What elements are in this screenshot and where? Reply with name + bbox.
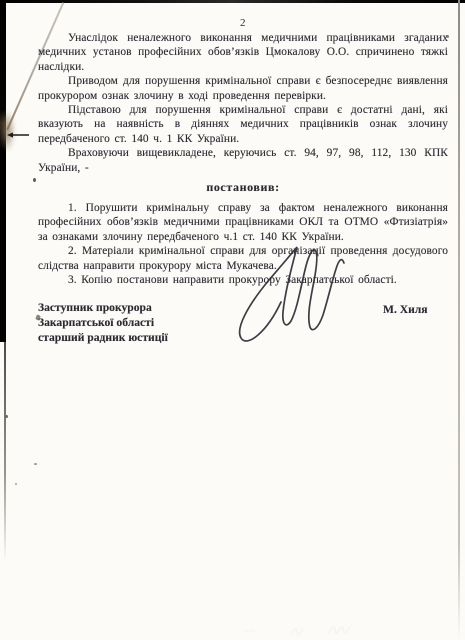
paragraph-legal-basis: Враховуючи вищевикладене, керуючись ст. …: [38, 146, 448, 175]
scan-left-edge-line: [4, 342, 6, 562]
handwritten-signature: [233, 240, 365, 352]
ghost-marks: ⁄\⁄\⁄: [330, 626, 351, 636]
paragraph-grounds-data: Підставою для порушення кримінальної спр…: [38, 103, 448, 146]
resolution-heading: постановив:: [38, 180, 448, 195]
scanned-document-page: ‾‾ ⁄\⁄ ⁄\⁄\⁄ 2 Унаслідок неналежного вик…: [0, 0, 465, 640]
ghost-marks: ⁄\⁄: [292, 628, 304, 638]
scan-right-edge-line: [458, 0, 460, 640]
left-arrow-mark-icon: [7, 130, 31, 140]
resolution-item-1: 1. Порушити кримінальну справу за фактом…: [38, 201, 448, 244]
signatory-name: М. Хиля: [383, 303, 428, 316]
paragraph-consequences: Унаслідок неналежного виконання медичним…: [38, 31, 448, 74]
page-number: 2: [240, 17, 246, 29]
scan-top-edge: [0, 0, 465, 3]
scan-speck: [15, 483, 17, 485]
paragraph-grounds-discovery: Приводом для порушення кримінальної спра…: [38, 74, 448, 103]
scan-speck: [34, 463, 37, 465]
scan-speck: [33, 178, 36, 182]
scan-left-edge-strip: [0, 0, 6, 342]
scan-speck: [5, 415, 8, 418]
ghost-marks: ‾‾: [244, 630, 257, 640]
